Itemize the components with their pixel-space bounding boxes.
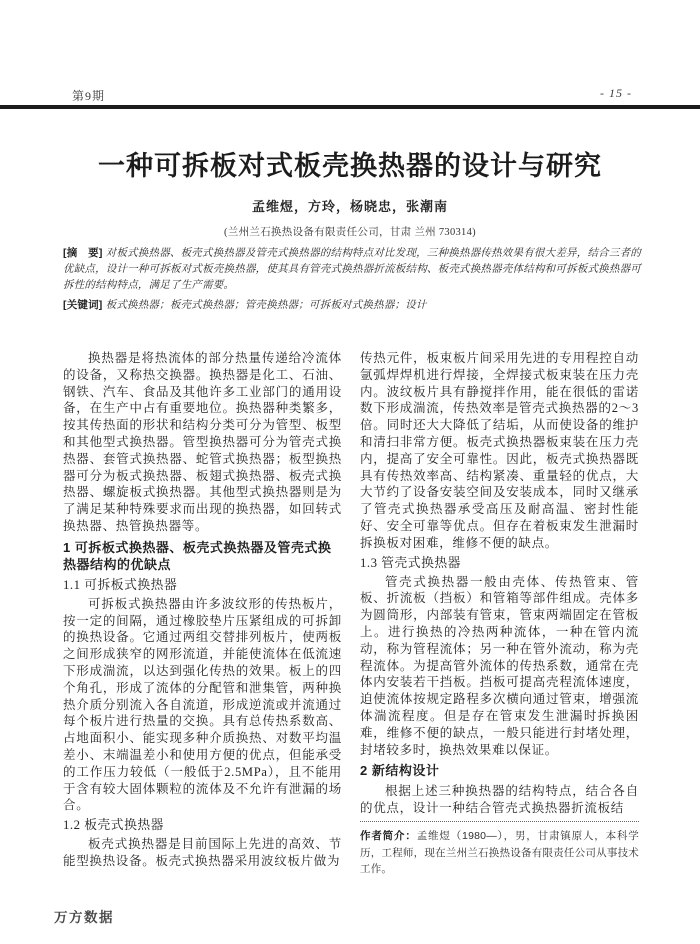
abstract-label: [摘 要] — [63, 247, 106, 259]
page-number: - 15 - — [600, 86, 632, 101]
intro-paragraph: 换热器是将热流体的部分热量传递给冷流体的设备，又称热交换器。换热器是化工、石油、… — [63, 350, 342, 535]
abstract-text: 对板式换热器、板壳式换热器及管壳式换热器的结构特点对比发现，三种换热器传热效果有… — [63, 248, 641, 291]
keywords-label: [关键词] — [63, 299, 106, 311]
author-bio-label: 作者简介： — [360, 830, 417, 842]
author-bio: 作者简介：孟维煜（1980—），男，甘肃镇原人，本科学历，工程师，现在兰州兰石换… — [360, 821, 639, 878]
left-column: 换热器是将热流体的部分热量传递给冷流体的设备，又称热交换器。换热器是化工、石油、… — [63, 350, 342, 870]
section-1-2-heading: 1.2 板壳式换热器 — [63, 817, 342, 834]
section-1-heading: 1 可拆板式换热器、板壳式换热器及管壳式换热器结构的优缺点 — [63, 539, 342, 574]
section-1-1-paragraph: 可拆板式换热器由许多波纹形的传热板片，按一定的间隔，通过橡胶垫片压紧组成的可拆卸… — [63, 596, 342, 814]
section-1-1-heading: 1.1 可拆板式换热器 — [63, 577, 342, 594]
section-1-3-heading: 1.3 管壳式换热器 — [360, 555, 639, 572]
abstract-block: [摘 要] 对板式换热器、板壳式换热器及管壳式换热器的结构特点对比发现，三种换热… — [63, 245, 641, 294]
header-rule — [0, 105, 700, 109]
wanfang-watermark: 万方数据 — [54, 906, 114, 926]
keywords-text: 板式换热器；板壳式换热器；管壳换热器；可拆板对式换热器；设计 — [106, 300, 427, 311]
section-1-2-continuation-paragraph: 传热元件，板束板片间采用先进的专用程控自动氩弧焊焊机进行焊接，全焊接式板束装在压… — [360, 350, 639, 552]
author-affiliation: (兰州兰石换热设备有限责任公司，甘肃 兰州 730314) — [0, 224, 700, 239]
journal-issue: 第9期 — [72, 87, 105, 104]
keywords-block: [关键词] 板式换热器；板壳式换热器；管壳换热器；可拆板对式换热器；设计 — [63, 297, 641, 314]
section-2-paragraph: 根据上述三种换热器的结构特点，结合各自的优点，设计一种结合管壳式换热器折流板结 — [360, 783, 639, 817]
author-names: 孟维煜，方玲，杨晓忠，张潮南 — [0, 196, 700, 215]
section-2-heading: 2 新结构设计 — [360, 762, 639, 780]
journal-page: 第9期 - 15 - 一种可拆板对式板壳换热器的设计与研究 孟维煜，方玲，杨晓忠… — [0, 0, 700, 944]
right-column: 传热元件，板束板片间采用先进的专用程控自动氩弧焊焊机进行焊接，全焊接式板束装在压… — [360, 350, 639, 878]
article-title: 一种可拆板对式板壳换热器的设计与研究 — [0, 144, 700, 183]
section-1-3-paragraph: 管壳式换热器一般由壳体、传热管束、管板、折流板（挡板）和管箱等部件组成。壳体多为… — [360, 574, 639, 759]
section-1-2-paragraph: 板壳式换热器是目前国际上先进的高效、节能型换热设备。板壳式换热器采用波纹板片做为 — [63, 836, 342, 870]
article-body: 换热器是将热流体的部分热量传递给冷流体的设备，又称热交换器。换热器是化工、石油、… — [63, 350, 639, 878]
